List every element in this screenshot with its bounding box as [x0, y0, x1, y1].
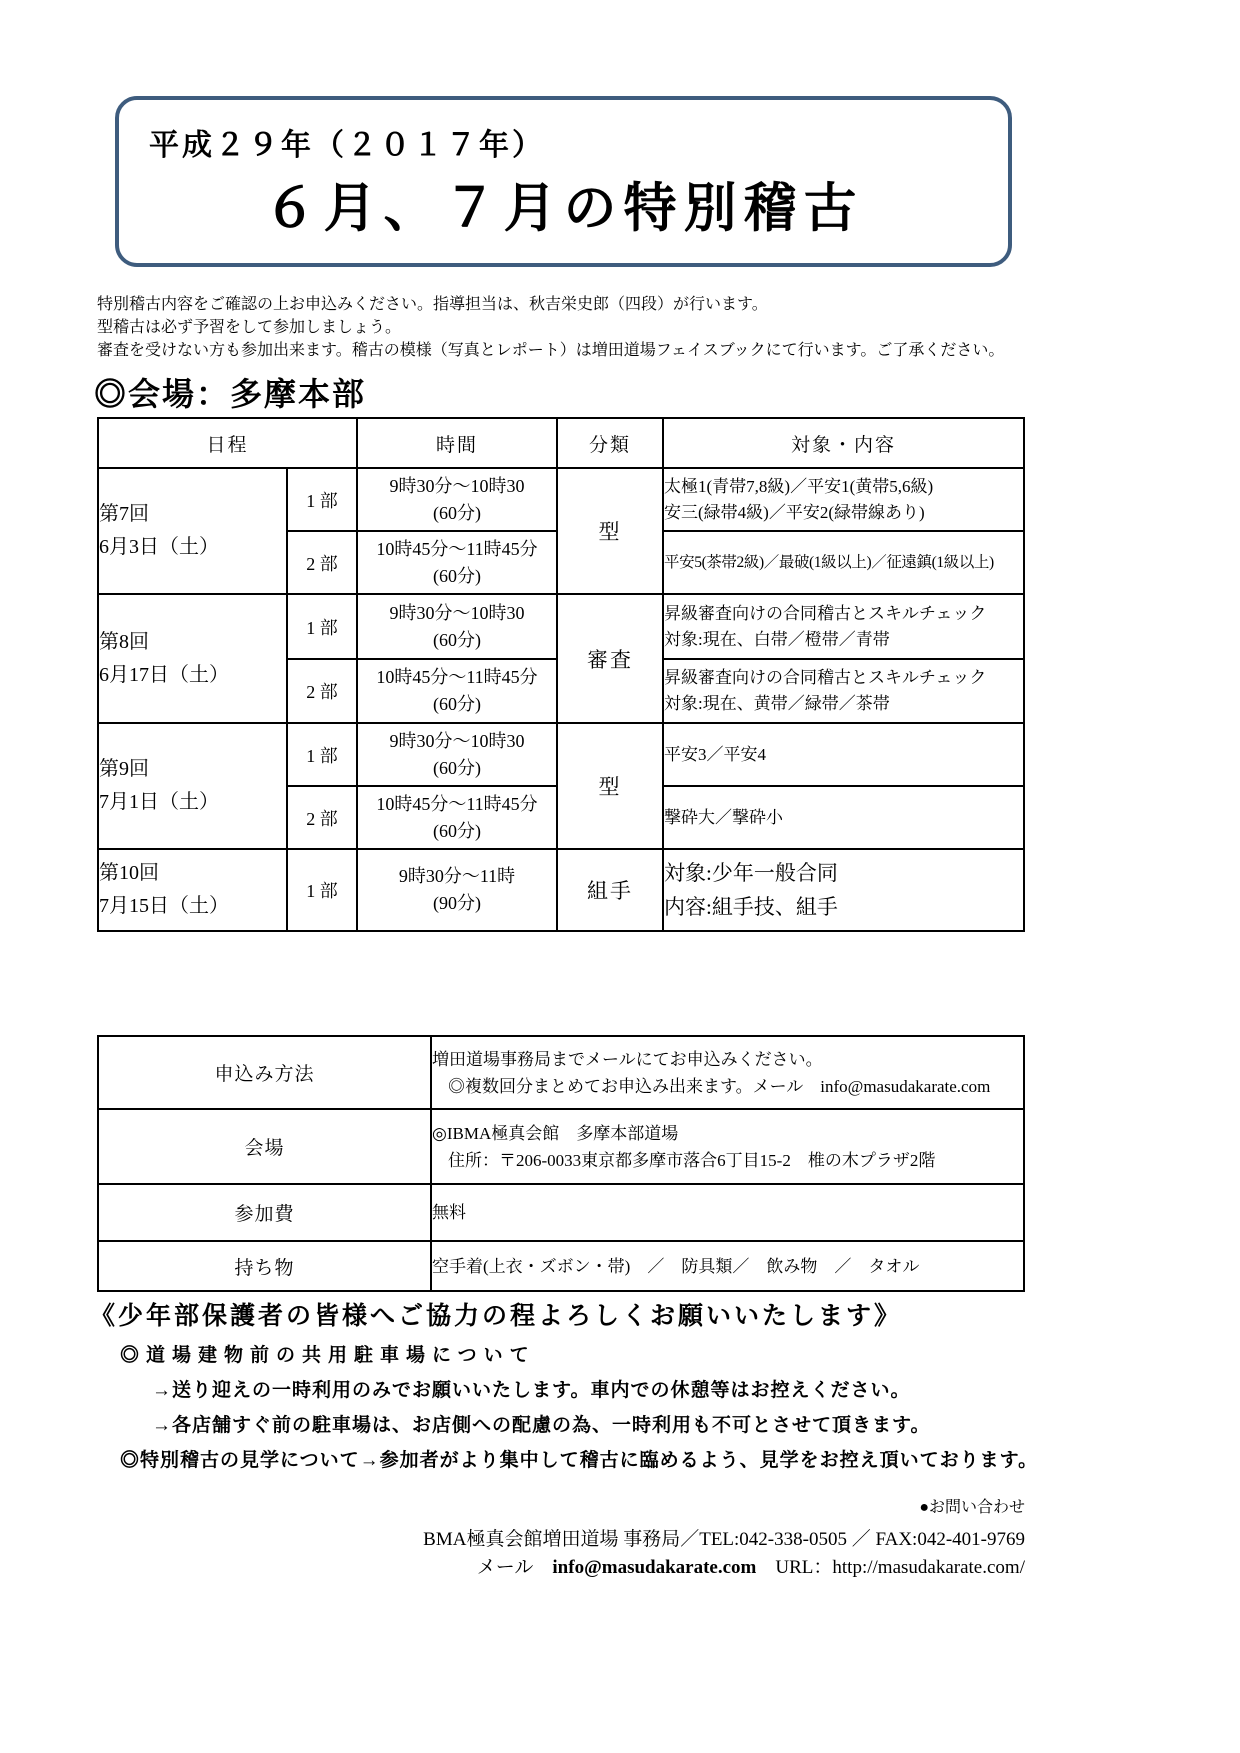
date-cell: 第10回 7月15日（土） [98, 849, 287, 931]
intro-line: 審査を受けない方も参加出来ます。稽古の模様（写真とレポート）は増田道場フェイスブ… [97, 339, 1004, 362]
time-range: 10時45分～11時45分 [358, 536, 556, 563]
col-header-time: 時間 [357, 418, 557, 468]
intro-line: 特別稽古内容をご確認の上お申込みください。指導担当は、秋吉栄史郎（四段）が行いま… [97, 293, 1004, 316]
info-row: 会場 ◎IBMA極真会館 多摩本部道場 住所：〒206-0033東京都多摩市落合… [98, 1109, 1024, 1184]
info-line: ◎IBMA極真会館 多摩本部道場 [432, 1120, 1023, 1147]
info-label-application: 申込み方法 [98, 1036, 431, 1109]
content-cell: 昇級審査向けの合同稽古とスキルチェック 対象:現在、黄帯／緑帯／茶帯 [663, 659, 1024, 723]
info-row: 申込み方法 増田道場事務局までメールにてお申込みください。 ◎複数回分まとめてお… [98, 1036, 1024, 1109]
content-line: 昇級審査向けの合同稽古とスキルチェック [664, 601, 1023, 627]
content-line: 昇級審査向けの合同稽古とスキルチェック [664, 665, 1023, 691]
content-line: 対象:少年一般合同 [664, 856, 1023, 890]
date-label: 7月15日（土） [99, 890, 286, 923]
contact-heading: ●お問い合わせ [423, 1494, 1025, 1517]
schedule-header-row: 日程 時間 分類 対象・内容 [98, 418, 1024, 468]
email-text: info@masudakarate.com [552, 1557, 756, 1578]
part-cell: 2 部 [287, 659, 357, 723]
time-cell: 9時30分～10時30 (60分) [357, 594, 557, 659]
part-cell: 1 部 [287, 468, 357, 531]
time-duration: (60分) [358, 563, 556, 590]
time-range: 9時30分～10時30 [358, 473, 556, 500]
schedule-row: 第10回 7月15日（土） 1 部 9時30分～11時 (90分) 組手 対象:… [98, 849, 1024, 931]
part-cell: 2 部 [287, 786, 357, 849]
time-cell: 9時30分～11時 (90分) [357, 849, 557, 931]
info-label-fee: 参加費 [98, 1184, 431, 1241]
schedule-row: 第8回 6月17日（土） 1 部 9時30分～10時30 (60分) 審査 昇級… [98, 594, 1024, 659]
category-cell: 型 [557, 723, 663, 849]
time-cell: 9時30分～10時30 (60分) [357, 468, 557, 531]
time-cell: 9時30分～10時30 (60分) [357, 723, 557, 786]
note-item: ◎道場建物前の共用駐車場について [120, 1340, 1038, 1367]
part-cell: 2 部 [287, 531, 357, 594]
time-range: 9時30分～10時30 [358, 728, 556, 755]
round-label: 第9回 [99, 753, 286, 786]
category-cell: 型 [557, 468, 663, 594]
date-label: 6月17日（土） [99, 659, 286, 692]
url-text: URL：http://masudakarate.com/ [775, 1557, 1025, 1578]
date-cell: 第8回 6月17日（土） [98, 594, 287, 723]
schedule-row: 第9回 7月1日（土） 1 部 9時30分～10時30 (60分) 型 平安3／… [98, 723, 1024, 786]
info-line: 空手着(上衣・ズボン・帯) ／ 防具類／ 飲み物 ／ タオル [432, 1253, 1023, 1280]
info-content: ◎IBMA極真会館 多摩本部道場 住所：〒206-0033東京都多摩市落合6丁目… [431, 1109, 1024, 1184]
title-box: 平成２９年（２０１７年） ６月、７月の特別稽古 [115, 96, 1012, 267]
time-duration: (60分) [358, 691, 556, 718]
footer-contact: ●お問い合わせ BMA極真会館増田道場 事務局／TEL:042-338-0505… [423, 1494, 1025, 1582]
time-range: 10時45分～11時45分 [358, 791, 556, 818]
content-cell: 太極1(青帯7,8級)／平安1(黄帯5,6級) 安三(緑帯4級)／平安2(緑帯線… [663, 468, 1024, 531]
time-cell: 10時45分～11時45分 (60分) [357, 786, 557, 849]
note-item: ◎特別稽古の見学について→参加者がより集中して稽古に臨めるよう、見学をお控え頂い… [120, 1445, 1038, 1472]
col-header-date: 日程 [98, 418, 357, 468]
time-duration: (60分) [358, 818, 556, 845]
round-label: 第10回 [99, 857, 286, 890]
schedule-table: 日程 時間 分類 対象・内容 第7回 6月3日（土） 1 部 9時30分～10時… [97, 417, 1025, 932]
note-item: →各店舗すぐ前の駐車場は、お店側への配慮の為、一時利用も不可とさせて頂きます。 [152, 1410, 1038, 1437]
intro-paragraph: 特別稽古内容をご確認の上お申込みください。指導担当は、秋吉栄史郎（四段）が行いま… [97, 293, 1004, 362]
content-line: 安三(緑帯4級)／平安2(緑帯線あり) [664, 500, 1023, 526]
date-cell: 第7回 6月3日（土） [98, 468, 287, 594]
category-cell: 審査 [557, 594, 663, 723]
content-line: 対象:現在、黄帯／緑帯／茶帯 [664, 691, 1023, 717]
content-line: 内容:組手技、組手 [664, 890, 1023, 924]
document-page: 平成２９年（２０１７年） ６月、７月の特別稽古 特別稽古内容をご確認の上お申込み… [0, 0, 1240, 1753]
time-cell: 10時45分～11時45分 (60分) [357, 659, 557, 723]
content-cell: 平安5(茶帯2級)／最破(1級以上)／征遠鎮(1級以上) [663, 531, 1024, 594]
time-range: 9時30分～11時 [358, 863, 556, 890]
info-label-belongings: 持ち物 [98, 1241, 431, 1291]
content-line: 太極1(青帯7,8級)／平安1(黄帯5,6級) [664, 474, 1023, 500]
info-line: 増田道場事務局までメールにてお申込みください。 [432, 1046, 1023, 1073]
info-line: ◎複数回分まとめてお申込み出来ます。メール info@masudakarate.… [432, 1073, 1023, 1100]
info-line: 住所：〒206-0033東京都多摩市落合6丁目15-2 椎の木プラザ2階 [432, 1147, 1023, 1174]
info-row: 持ち物 空手着(上衣・ズボン・帯) ／ 防具類／ 飲み物 ／ タオル [98, 1241, 1024, 1291]
info-row: 参加費 無料 [98, 1184, 1024, 1241]
info-label-venue: 会場 [98, 1109, 431, 1184]
time-range: 10時45分～11時45分 [358, 664, 556, 691]
intro-line: 型稽古は必ず予習をして参加しましょう。 [97, 316, 1004, 339]
round-label: 第8回 [99, 626, 286, 659]
info-content: 空手着(上衣・ズボン・帯) ／ 防具類／ 飲み物 ／ タオル [431, 1241, 1024, 1291]
document-title: ６月、７月の特別稽古 [119, 166, 1008, 242]
category-cell: 組手 [557, 849, 663, 931]
note-item: →送り迎えの一時利用のみでお願いいたします。車内での休憩等はお控えください。 [152, 1375, 1038, 1402]
content-cell: 対象:少年一般合同 内容:組手技、組手 [663, 849, 1024, 931]
time-duration: (60分) [358, 627, 556, 654]
time-duration: (60分) [358, 500, 556, 527]
notes-heading: 《少年部保護者の皆様へご協力の程よろしくお願いいたします》 [90, 1296, 1038, 1332]
content-line: 平安5(茶帯2級)／最破(1級以上)／征遠鎮(1級以上) [664, 550, 1023, 576]
col-header-category: 分類 [557, 418, 663, 468]
col-header-target: 対象・内容 [663, 418, 1024, 468]
part-cell: 1 部 [287, 723, 357, 786]
era-label: 平成２９年（２０１７年） [149, 120, 545, 164]
content-line: 撃砕大／撃砕小 [664, 805, 1023, 831]
date-cell: 第9回 7月1日（土） [98, 723, 287, 849]
time-duration: (60分) [358, 755, 556, 782]
date-label: 6月3日（土） [99, 531, 286, 564]
date-label: 7月1日（土） [99, 786, 286, 819]
footer-phone-line: BMA極真会館増田道場 事務局／TEL:042-338-0505 ／ FAX:0… [423, 1526, 1025, 1554]
info-table: 申込み方法 増田道場事務局までメールにてお申込みください。 ◎複数回分まとめてお… [97, 1035, 1025, 1292]
guardian-notes: 《少年部保護者の皆様へご協力の程よろしくお願いいたします》 ◎道場建物前の共用駐… [90, 1296, 1038, 1472]
content-cell: 撃砕大／撃砕小 [663, 786, 1024, 849]
part-cell: 1 部 [287, 594, 357, 659]
time-duration: (90分) [358, 890, 556, 917]
schedule-row: 第7回 6月3日（土） 1 部 9時30分～10時30 (60分) 型 太極1(… [98, 468, 1024, 531]
round-label: 第7回 [99, 498, 286, 531]
info-line: 無料 [432, 1199, 1023, 1226]
footer-mail-line: メール info@masudakarate.com URL：http://mas… [423, 1554, 1025, 1582]
time-cell: 10時45分～11時45分 (60分) [357, 531, 557, 594]
content-cell: 平安3／平安4 [663, 723, 1024, 786]
venue-heading: ◎会場：多摩本部 [94, 369, 366, 415]
content-line: 平安3／平安4 [664, 742, 1023, 768]
content-cell: 昇級審査向けの合同稽古とスキルチェック 対象:現在、白帯／橙帯／青帯 [663, 594, 1024, 659]
info-content: 増田道場事務局までメールにてお申込みください。 ◎複数回分まとめてお申込み出来ま… [431, 1036, 1024, 1109]
content-line: 対象:現在、白帯／橙帯／青帯 [664, 627, 1023, 653]
time-range: 9時30分～10時30 [358, 600, 556, 627]
info-content: 無料 [431, 1184, 1024, 1241]
part-cell: 1 部 [287, 849, 357, 931]
mail-label: メール [477, 1557, 534, 1578]
